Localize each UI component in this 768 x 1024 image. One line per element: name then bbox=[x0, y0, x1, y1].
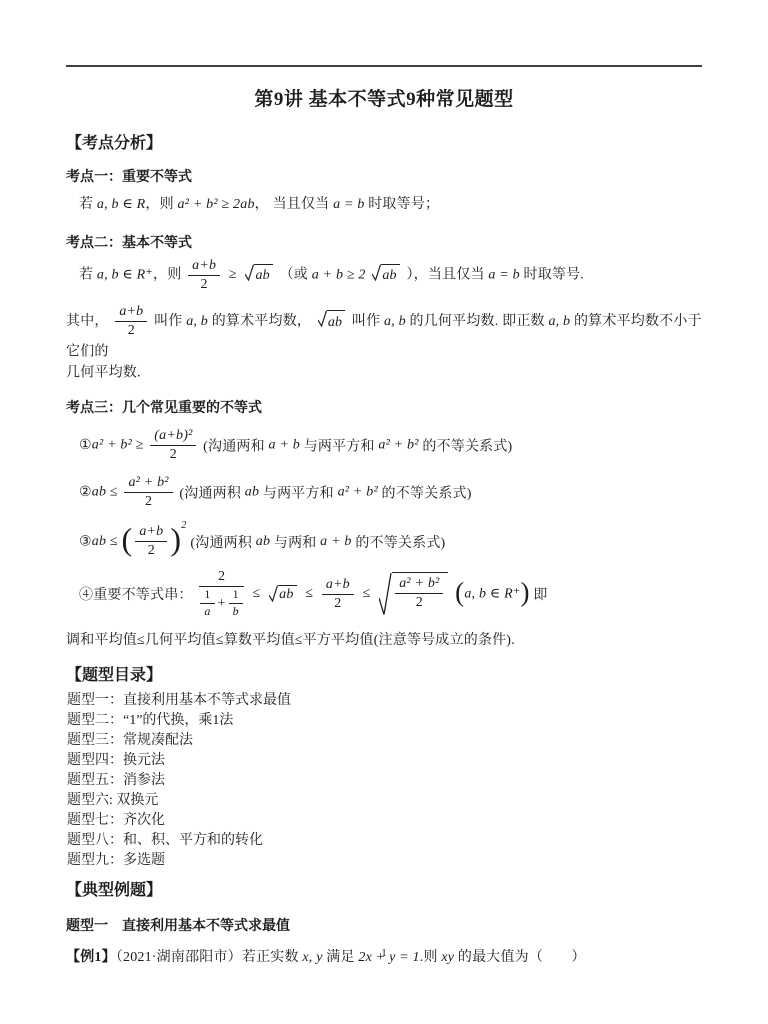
radical-sign-icon bbox=[372, 264, 381, 281]
catalog-item-5: 题型五：消参法 bbox=[66, 771, 702, 791]
math-expression: a, b ∈ R bbox=[97, 197, 146, 212]
header-rule bbox=[66, 65, 702, 67]
text: 的算术平均数， bbox=[208, 314, 311, 329]
section-header-catalog: 【题型目录】 bbox=[66, 662, 702, 685]
math-expression: a² + b² bbox=[338, 484, 378, 499]
left-parenthesis: ( bbox=[121, 521, 132, 557]
fraction-numerator: 1 bbox=[229, 588, 243, 604]
square-root: ab bbox=[372, 264, 399, 286]
text: 的几何平均数. 即正数 bbox=[406, 314, 549, 329]
text: (沟通两积 bbox=[190, 536, 255, 551]
item-number: ② bbox=[79, 485, 92, 500]
radical-sign-icon bbox=[269, 585, 278, 602]
right-parenthesis: ) bbox=[520, 577, 529, 607]
math-expression: a, b bbox=[548, 314, 570, 329]
math-expression: ab ≤ bbox=[92, 534, 118, 549]
math-expression: a + b ≥ 2 bbox=[312, 267, 366, 282]
plus-symbol: + bbox=[218, 596, 226, 611]
radical-sign-icon bbox=[318, 310, 327, 327]
catalog-item-7: 题型七：齐次化 bbox=[66, 811, 702, 831]
math-expression: a + b bbox=[320, 534, 351, 549]
topic3-heading: 考点三：几个常见重要的不等式 bbox=[66, 397, 702, 417]
page-number: 1 bbox=[0, 947, 768, 959]
fraction: (a+b)²2 bbox=[150, 428, 196, 463]
text: ），当且仅当 bbox=[406, 267, 488, 282]
text: ，则 bbox=[153, 267, 185, 282]
math-expression: a = b bbox=[333, 197, 364, 212]
math-expression: a² + b² ≥ bbox=[92, 437, 144, 452]
text: (沟通两和 bbox=[203, 439, 268, 454]
fraction-denominator: 2 bbox=[115, 322, 147, 339]
text: 若 bbox=[79, 197, 97, 212]
text: 即 bbox=[533, 588, 547, 603]
catalog-item-6: 题型六: 双换元 bbox=[66, 791, 702, 811]
relation-symbol: ≤ bbox=[305, 586, 313, 601]
fraction-denominator: 2 bbox=[124, 493, 172, 510]
catalog-item-4: 题型四：换元法 bbox=[66, 751, 702, 771]
math-expression: a, b bbox=[384, 314, 406, 329]
fraction-numerator: a+b bbox=[135, 524, 167, 542]
text: （或 bbox=[280, 267, 312, 282]
left-parenthesis: ( bbox=[455, 577, 464, 607]
text: ，则 bbox=[145, 197, 177, 212]
section-header-examples: 【典型例题】 bbox=[66, 877, 702, 900]
fraction-denominator: 2 bbox=[322, 595, 354, 612]
square-root: ab bbox=[245, 264, 272, 286]
inequality-chain-line: ④重要不等式串： 2 1a+1b ≤ ab ≤ a+b2 ≤ a² + b²2 … bbox=[66, 567, 702, 621]
fraction-numerator: 1 bbox=[200, 588, 214, 604]
fraction-denominator: 1a+1b bbox=[199, 587, 244, 619]
math-expression: a, b ∈ R⁺ bbox=[97, 267, 153, 282]
radicand: ab bbox=[254, 264, 272, 286]
relation-symbol: ≤ bbox=[363, 586, 371, 601]
fraction: a+b2 bbox=[115, 304, 147, 339]
document-page: 第9讲 基本不等式9种常见题型 【考点分析】 考点一：重要不等式 若 a, b … bbox=[0, 0, 768, 1024]
topic1-statement: 若 a, b ∈ R，则 a² + b² ≥ 2ab， 当且仅当 a = b 时… bbox=[66, 195, 702, 216]
square-root: a² + b²2 bbox=[379, 572, 448, 616]
text: 叫作 bbox=[352, 314, 384, 329]
fraction: 1a bbox=[200, 588, 214, 619]
relation-symbol: ≤ bbox=[253, 586, 261, 601]
fraction-numerator: a² + b² bbox=[124, 475, 172, 493]
nested-fraction: 2 1a+1b bbox=[199, 569, 244, 619]
inequality-item-2: ②ab ≤ a² + b²2 (沟通两积 ab 与两平方和 a² + b² 的不… bbox=[66, 473, 702, 512]
math-expression: ab ≤ bbox=[92, 484, 118, 499]
text: (沟通两积 bbox=[179, 486, 244, 501]
text: ， 当且仅当 bbox=[255, 197, 333, 212]
text: 时取等号. bbox=[520, 267, 584, 282]
fraction-denominator: b bbox=[229, 604, 243, 619]
fraction-denominator: 2 bbox=[188, 276, 220, 293]
square-root: ab bbox=[318, 310, 345, 333]
inequality-item-3: ③ab ≤ (a+b2)2 (沟通两积 ab 与两和 a + b 的不等关系式) bbox=[66, 520, 702, 561]
mean-chain-statement: 调和平均值≤几何平均值≤算数平均值≤平方平均值(注意等号成立的条件). bbox=[66, 630, 702, 651]
catalog-item-8: 题型八：和、积、平方和的转化 bbox=[66, 831, 702, 851]
topic1-heading: 考点一：重要不等式 bbox=[66, 166, 702, 186]
example-type1-heading: 题型一 直接利用基本不等式求最值 bbox=[66, 915, 702, 935]
item-number: ① bbox=[79, 438, 92, 453]
math-expression: a, b bbox=[186, 314, 208, 329]
exponent: 2 bbox=[181, 520, 186, 531]
text: 几何平均数. bbox=[66, 366, 141, 381]
catalog-item-9: 题型九：多选题 bbox=[66, 851, 702, 871]
inequality-item-1: ①a² + b² ≥ (a+b)²2 (沟通两和 a + b 与两平方和 a² … bbox=[66, 426, 702, 465]
fraction: a+b2 bbox=[135, 524, 167, 559]
radicand: ab bbox=[278, 585, 296, 603]
catalog-list: 题型一：直接利用基本不等式求最值 题型二：“1”的代换，乘1法 题型三：常规凑配… bbox=[66, 691, 702, 871]
right-parenthesis: ) bbox=[170, 521, 181, 557]
catalog-item-3: 题型三：常规凑配法 bbox=[66, 731, 702, 751]
radical-sign-icon bbox=[379, 572, 392, 616]
radicand: ab bbox=[327, 310, 345, 333]
item-number: ③ bbox=[79, 534, 92, 549]
fraction-denominator: 2 bbox=[150, 446, 196, 463]
math-expression: ab bbox=[245, 484, 259, 499]
text: 叫作 bbox=[154, 314, 186, 329]
text: 若 bbox=[79, 267, 97, 282]
radicand: a² + b²2 bbox=[392, 572, 448, 612]
fraction-numerator: (a+b)² bbox=[150, 428, 196, 446]
text: 与两平方和 bbox=[259, 486, 337, 501]
topic2-heading: 考点二：基本不等式 bbox=[66, 232, 702, 252]
fraction-numerator: a+b bbox=[115, 304, 147, 322]
math-expression: a² + b² ≥ 2ab bbox=[178, 197, 255, 212]
page-content: 第9讲 基本不等式9种常见题型 【考点分析】 考点一：重要不等式 若 a, b … bbox=[0, 65, 768, 969]
fraction: 1b bbox=[229, 588, 243, 619]
page-title: 第9讲 基本不等式9种常见题型 bbox=[66, 84, 702, 111]
relation-symbol: ≥ bbox=[229, 267, 237, 282]
fraction-numerator: a+b bbox=[188, 258, 220, 276]
math-expression: a, b ∈ R⁺ bbox=[464, 587, 520, 602]
math-expression: ab bbox=[256, 534, 270, 549]
fraction: a² + b²2 bbox=[395, 576, 443, 611]
square-root: ab bbox=[269, 585, 296, 603]
text: 的不等关系式) bbox=[378, 486, 472, 501]
text: 时取等号； bbox=[365, 197, 440, 212]
math-expression: a² + b² bbox=[378, 437, 418, 452]
fraction-numerator: 2 bbox=[199, 569, 244, 587]
text: 与两平方和 bbox=[300, 439, 378, 454]
text: ④重要不等式串： bbox=[79, 588, 196, 603]
catalog-item-2: 题型二：“1”的代换，乘1法 bbox=[66, 711, 702, 731]
topic2-statement: 若 a, b ∈ R⁺，则 a+b2 ≥ ab （或 a + b ≥ 2 ab … bbox=[66, 256, 702, 295]
text: 与两和 bbox=[270, 536, 320, 551]
fraction-denominator: 2 bbox=[395, 594, 443, 611]
text: 的不等关系式) bbox=[352, 536, 446, 551]
text: 的不等关系式) bbox=[419, 439, 513, 454]
catalog-item-1: 题型一：直接利用基本不等式求最值 bbox=[66, 691, 702, 711]
radicand: ab bbox=[381, 264, 399, 286]
math-expression: a + b bbox=[269, 437, 300, 452]
fraction: a+b2 bbox=[322, 577, 354, 612]
fraction: a² + b²2 bbox=[124, 475, 172, 510]
text: 其中， bbox=[66, 314, 109, 329]
section-header-analysis: 【考点分析】 bbox=[66, 130, 702, 153]
math-expression: a = b bbox=[488, 267, 519, 282]
radical-sign-icon bbox=[245, 264, 254, 281]
fraction-denominator: a bbox=[200, 604, 214, 619]
fraction-numerator: a² + b² bbox=[395, 576, 443, 594]
fraction-denominator: 2 bbox=[135, 542, 167, 559]
fraction: a+b2 bbox=[188, 258, 220, 293]
means-explanation: 其中， a+b2 叫作 a, b 的算术平均数， ab 叫作 a, b 的几何平… bbox=[66, 302, 702, 384]
fraction-numerator: a+b bbox=[322, 577, 354, 595]
